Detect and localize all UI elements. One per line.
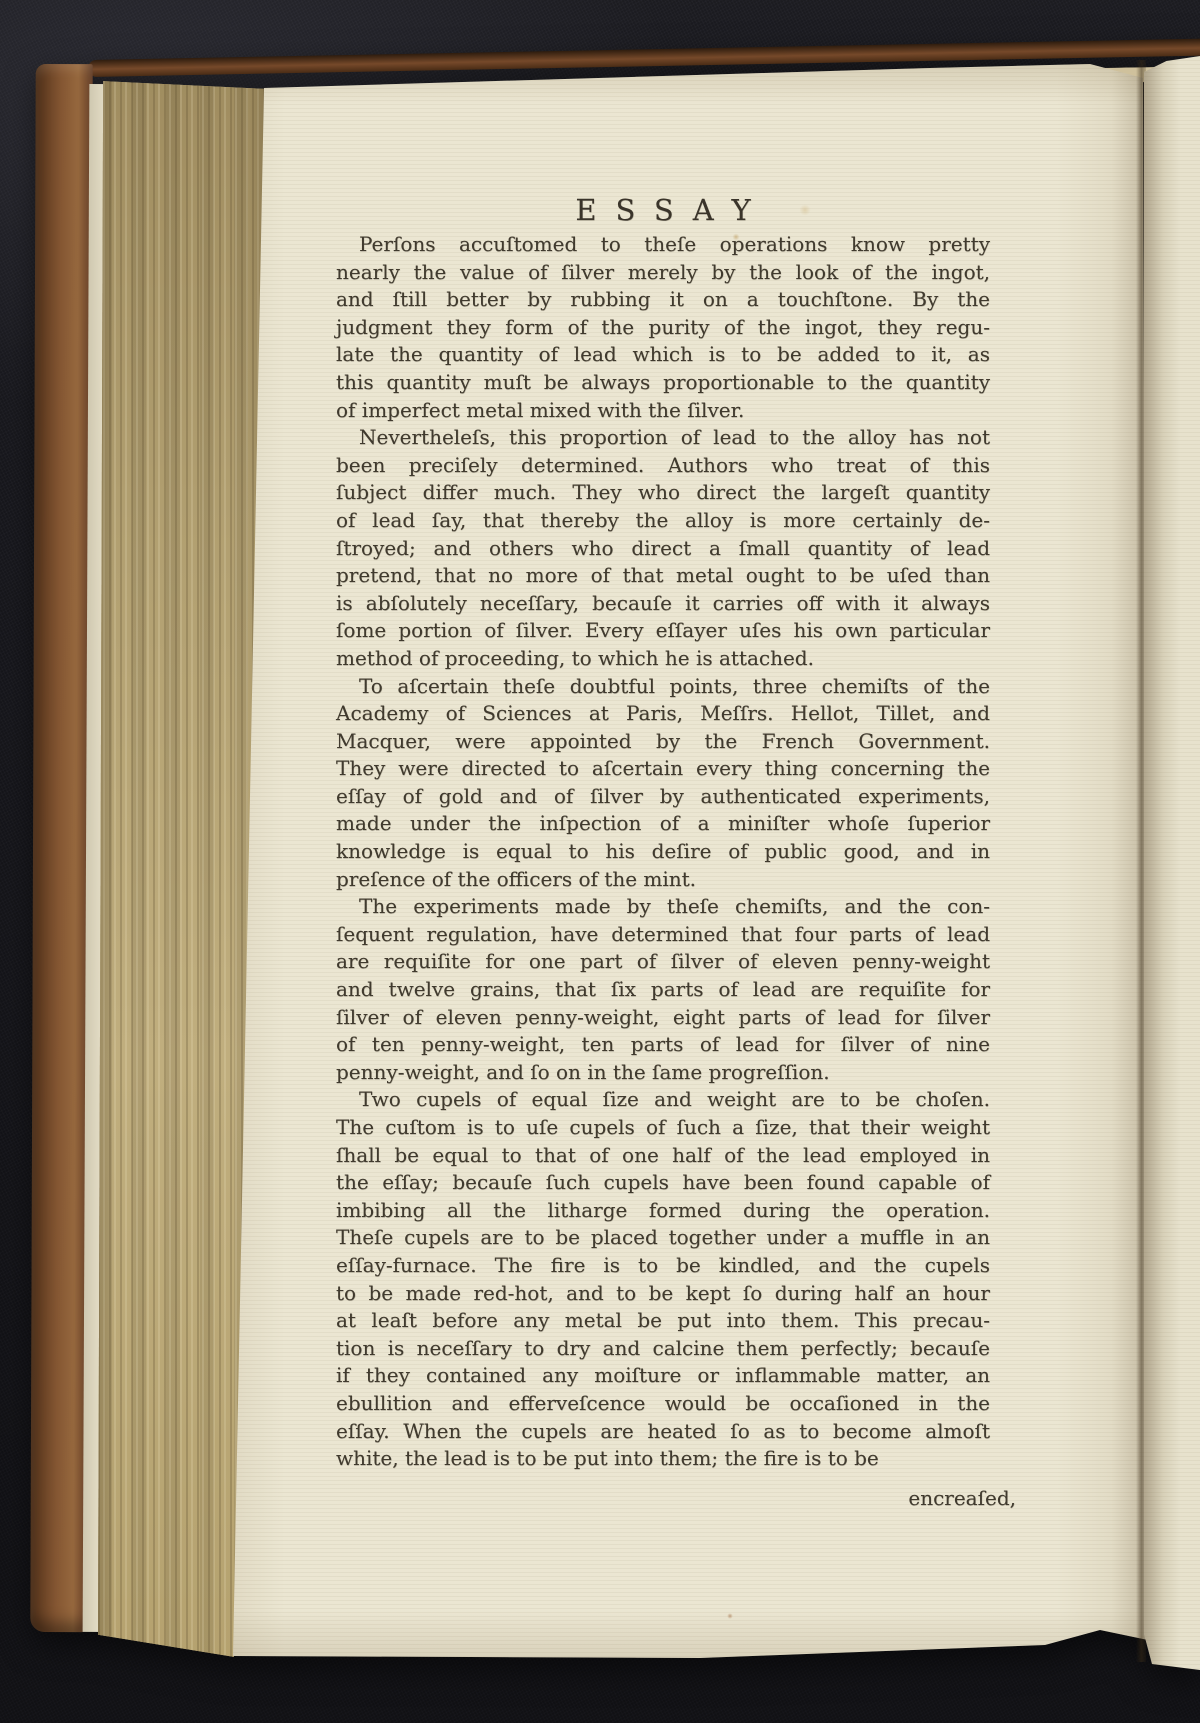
book: ESSAY Perſons accuſtomed to theſe operat… (0, 0, 1200, 1723)
text-line: if they contained any moiſture or inflam… (336, 1362, 990, 1390)
text-line: preſence of the officers of the mint. (336, 866, 990, 894)
text-line: white, the lead is to be put into them; … (336, 1445, 990, 1473)
text-line: is abſolutely neceſſary, becauſe it carr… (336, 590, 990, 618)
facing-page-sliver (1144, 56, 1200, 1670)
text-line: judgment they form of the purity of the … (336, 314, 990, 342)
text-line: been preciſely determined. Authors who t… (336, 452, 990, 480)
catchword: encreaſed, (336, 1485, 1016, 1513)
text-line: ſequent regulation, have determined that… (336, 921, 990, 949)
photo-background: ESSAY Perſons accuſtomed to theſe operat… (0, 0, 1200, 1723)
text-line: ebullition and efferveſcence would be oc… (336, 1390, 990, 1418)
paragraph: Nevertheleſs, this proportion of lead to… (336, 424, 990, 672)
text-line: of lead ſay, that thereby the alloy is m… (336, 507, 990, 535)
text-line: ſome portion of ſilver. Every eſſayer uſ… (336, 617, 990, 645)
text-line: this quantity muſt be always proportiona… (336, 369, 990, 397)
paragraph: The experiments made by theſe chemiſts, … (336, 893, 990, 1086)
text-line: penny-weight, and ſo on in the ſame prog… (336, 1059, 990, 1087)
text-line: Academy of Sciences at Paris, Meſſrs. He… (336, 700, 990, 728)
text-line: and ſtill better by rubbing it on a touc… (336, 286, 990, 314)
paragraph: To aſcertain theſe doubtful points, thre… (336, 673, 990, 894)
text-line: eſſay of gold and of ſilver by authentic… (336, 783, 990, 811)
paragraph: Two cupels of equal ſize and weight are … (336, 1086, 990, 1472)
page-heading: ESSAY (336, 192, 990, 228)
text-line: ſtroyed; and others who direct a ſmall q… (336, 535, 990, 563)
text-line: late the quantity of lead which is to be… (336, 341, 990, 369)
text-line: Nevertheleſs, this proportion of lead to… (336, 424, 990, 452)
book-page: ESSAY Perſons accuſtomed to theſe operat… (230, 56, 1148, 1666)
text-line: tion is neceſſary to dry and calcine the… (336, 1335, 990, 1363)
text-line: method of proceeding, to which he is att… (336, 645, 990, 673)
text-line: To aſcertain theſe doubtful points, thre… (336, 673, 990, 701)
text-line: knowledge is equal to his deſire of publ… (336, 838, 990, 866)
text-line: pretend, that no more of that metal ough… (336, 562, 990, 590)
text-line: are requiſite for one part of ſilver of … (336, 948, 990, 976)
paragraph: Perſons accuſtomed to theſe operations k… (336, 231, 990, 424)
text-line: made under the inſpection of a miniſter … (336, 810, 990, 838)
text-line: ſhall be equal to that of one half of th… (336, 1142, 990, 1170)
text-block: ESSAY Perſons accuſtomed to theſe operat… (336, 192, 990, 1512)
text-line: ſilver of eleven penny-weight, eight par… (336, 1004, 990, 1032)
text-line: Perſons accuſtomed to theſe operations k… (336, 231, 990, 259)
text-line: The experiments made by theſe chemiſts, … (336, 893, 990, 921)
text-line: Two cupels of equal ſize and weight are … (336, 1086, 990, 1114)
text-line: eſſay. When the cupels are heated ſo as … (336, 1418, 990, 1446)
text-line: at leaſt before any metal be put into th… (336, 1307, 990, 1335)
text-line: Macquer, were appointed by the French Go… (336, 728, 990, 756)
text-line: eſſay-furnace. The fire is to be kindled… (336, 1252, 990, 1280)
text-line: Theſe cupels are to be placed together u… (336, 1224, 990, 1252)
page-body: Perſons accuſtomed to theſe operations k… (336, 231, 990, 1473)
text-line: They were directed to aſcertain every th… (336, 755, 990, 783)
text-line: of ten penny-weight, ten parts of lead f… (336, 1031, 990, 1059)
text-line: ſubject differ much. They who direct the… (336, 479, 990, 507)
text-line: to be made red-hot, and to be kept ſo du… (336, 1280, 990, 1308)
text-line: The cuſtom is to uſe cupels of ſuch a ſi… (336, 1114, 990, 1142)
text-line: imbibing all the litharge formed during … (336, 1197, 990, 1225)
text-line: nearly the value of ſilver merely by the… (336, 259, 990, 287)
text-line: and twelve grains, that ſix parts of lea… (336, 976, 990, 1004)
text-line: of imperfect metal mixed with the ſilver… (336, 397, 990, 425)
text-line: the eſſay; becauſe ſuch cupels have been… (336, 1169, 990, 1197)
